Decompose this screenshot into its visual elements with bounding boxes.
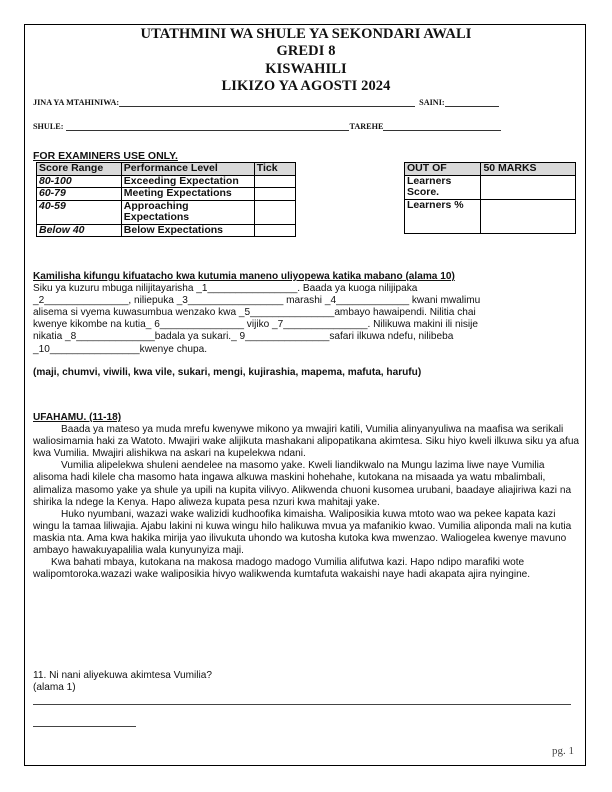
performance-level: Meeting Expectations	[121, 188, 254, 201]
learners-percent-value[interactable]	[481, 199, 576, 233]
out-of-label: OUT OF	[405, 163, 481, 176]
cloze-line: Siku ya kuzuru mbuga nilijitayarisha _1_…	[33, 283, 581, 295]
tick-cell[interactable]	[254, 188, 295, 201]
cloze-line: kwenye kikombe na kutia_ 6______________…	[33, 319, 581, 331]
learners-score-label: Learners Score.	[405, 175, 481, 199]
answer-line[interactable]	[33, 704, 571, 705]
cloze-line: _2_______________, niliepuka _3_________…	[33, 295, 581, 307]
examiners-heading: FOR EXAMINERS USE ONLY.	[33, 150, 178, 162]
question-number: 11.	[33, 670, 46, 681]
tick-cell[interactable]	[254, 175, 295, 188]
page-number: pg. 1	[552, 745, 574, 757]
table-row: Below 40 Below Expectations	[37, 224, 296, 237]
marks-header-row: OUT OF 50 MARKS	[405, 163, 576, 176]
term-title: LIKIZO YA AGOSTI 2024	[0, 78, 612, 95]
performance-table: Score Range Performance Level Tick 80-10…	[36, 162, 296, 237]
school-field[interactable]	[66, 122, 349, 131]
comprehension-heading: UFAHAMU. (11-18)	[33, 412, 581, 424]
exam-title: UTATHMINI WA SHULE YA SEKONDARI AWALI	[0, 26, 612, 43]
table-row: 60-79 Meeting Expectations	[37, 188, 296, 201]
performance-level: Below Expectations	[121, 224, 254, 237]
performance-level: Exceeding Expectation	[121, 175, 254, 188]
score-range: 40-59	[37, 200, 122, 224]
score-range: 80-100	[37, 175, 122, 188]
date-label: TAREHE	[349, 122, 383, 131]
question-text: Ni nani aliyekuwa akimtesa Vumilia?	[49, 670, 212, 681]
cloze-line: alisema si vyema kuwasumbua wenzako kwa …	[33, 307, 581, 319]
name-signature-row: JINA YA MTAHINIWA: SAINI:	[33, 98, 571, 107]
table-row: 80-100 Exceeding Expectation	[37, 175, 296, 188]
learners-score-value[interactable]	[481, 175, 576, 199]
school-label: SHULE:	[33, 122, 63, 131]
passage-paragraph: Huko nyumbani, wazazi wake walizidi kudh…	[33, 509, 581, 557]
tick-cell[interactable]	[254, 224, 295, 237]
page-border	[24, 24, 586, 766]
total-marks: 50 MARKS	[481, 163, 576, 176]
performance-level: Approaching Expectations	[121, 200, 254, 224]
col-header-tick: Tick	[254, 163, 295, 176]
signature-label: SAINI:	[419, 98, 444, 107]
score-range: 60-79	[37, 188, 122, 201]
passage-paragraph: Kwa bahati mbaya, kutokana na makosa mad…	[33, 557, 581, 581]
date-field[interactable]	[383, 122, 501, 131]
col-header-performance-level: Performance Level	[121, 163, 254, 176]
question-marks: (alama 1)	[33, 682, 581, 694]
cloze-line: nikatia _8______________badala ya sukari…	[33, 331, 581, 343]
question-11: 11. Ni nani aliyekuwa akimtesa Vumilia? …	[33, 670, 581, 694]
cloze-section: Kamilisha kifungu kifuatacho kwa kutumia…	[33, 271, 581, 379]
school-date-row: SHULE: TAREHE	[33, 122, 571, 131]
cloze-line: _10________________kwenye chupa.	[33, 344, 581, 356]
signature-field[interactable]	[445, 98, 499, 107]
passage-paragraph: Vumilia alipelekwa shuleni aendelee na m…	[33, 460, 581, 508]
grade-title: GREDI 8	[0, 43, 612, 60]
score-range: Below 40	[37, 224, 122, 237]
comprehension-section: UFAHAMU. (11-18) Baada ya mateso ya muda…	[33, 412, 581, 581]
word-bank: (maji, chumvi, viwili, kwa vile, sukari,…	[33, 367, 581, 379]
name-field[interactable]	[119, 98, 415, 107]
marks-row: Learners Score.	[405, 175, 576, 199]
table-row: 40-59 Approaching Expectations	[37, 200, 296, 224]
marks-row: Learners %	[405, 199, 576, 233]
subject-title: KISWAHILI	[0, 61, 612, 78]
col-header-score-range: Score Range	[37, 163, 122, 176]
learners-percent-label: Learners %	[405, 199, 481, 233]
name-label: JINA YA MTAHINIWA:	[33, 98, 119, 107]
answer-line-continuation[interactable]	[33, 726, 136, 727]
tick-cell[interactable]	[254, 200, 295, 224]
table-header-row: Score Range Performance Level Tick	[37, 163, 296, 176]
passage-paragraph: Baada ya mateso ya muda mrefu kwenywe mi…	[33, 424, 581, 460]
cloze-heading: Kamilisha kifungu kifuatacho kwa kutumia…	[33, 271, 581, 283]
marks-table: OUT OF 50 MARKS Learners Score. Learners…	[404, 162, 576, 234]
